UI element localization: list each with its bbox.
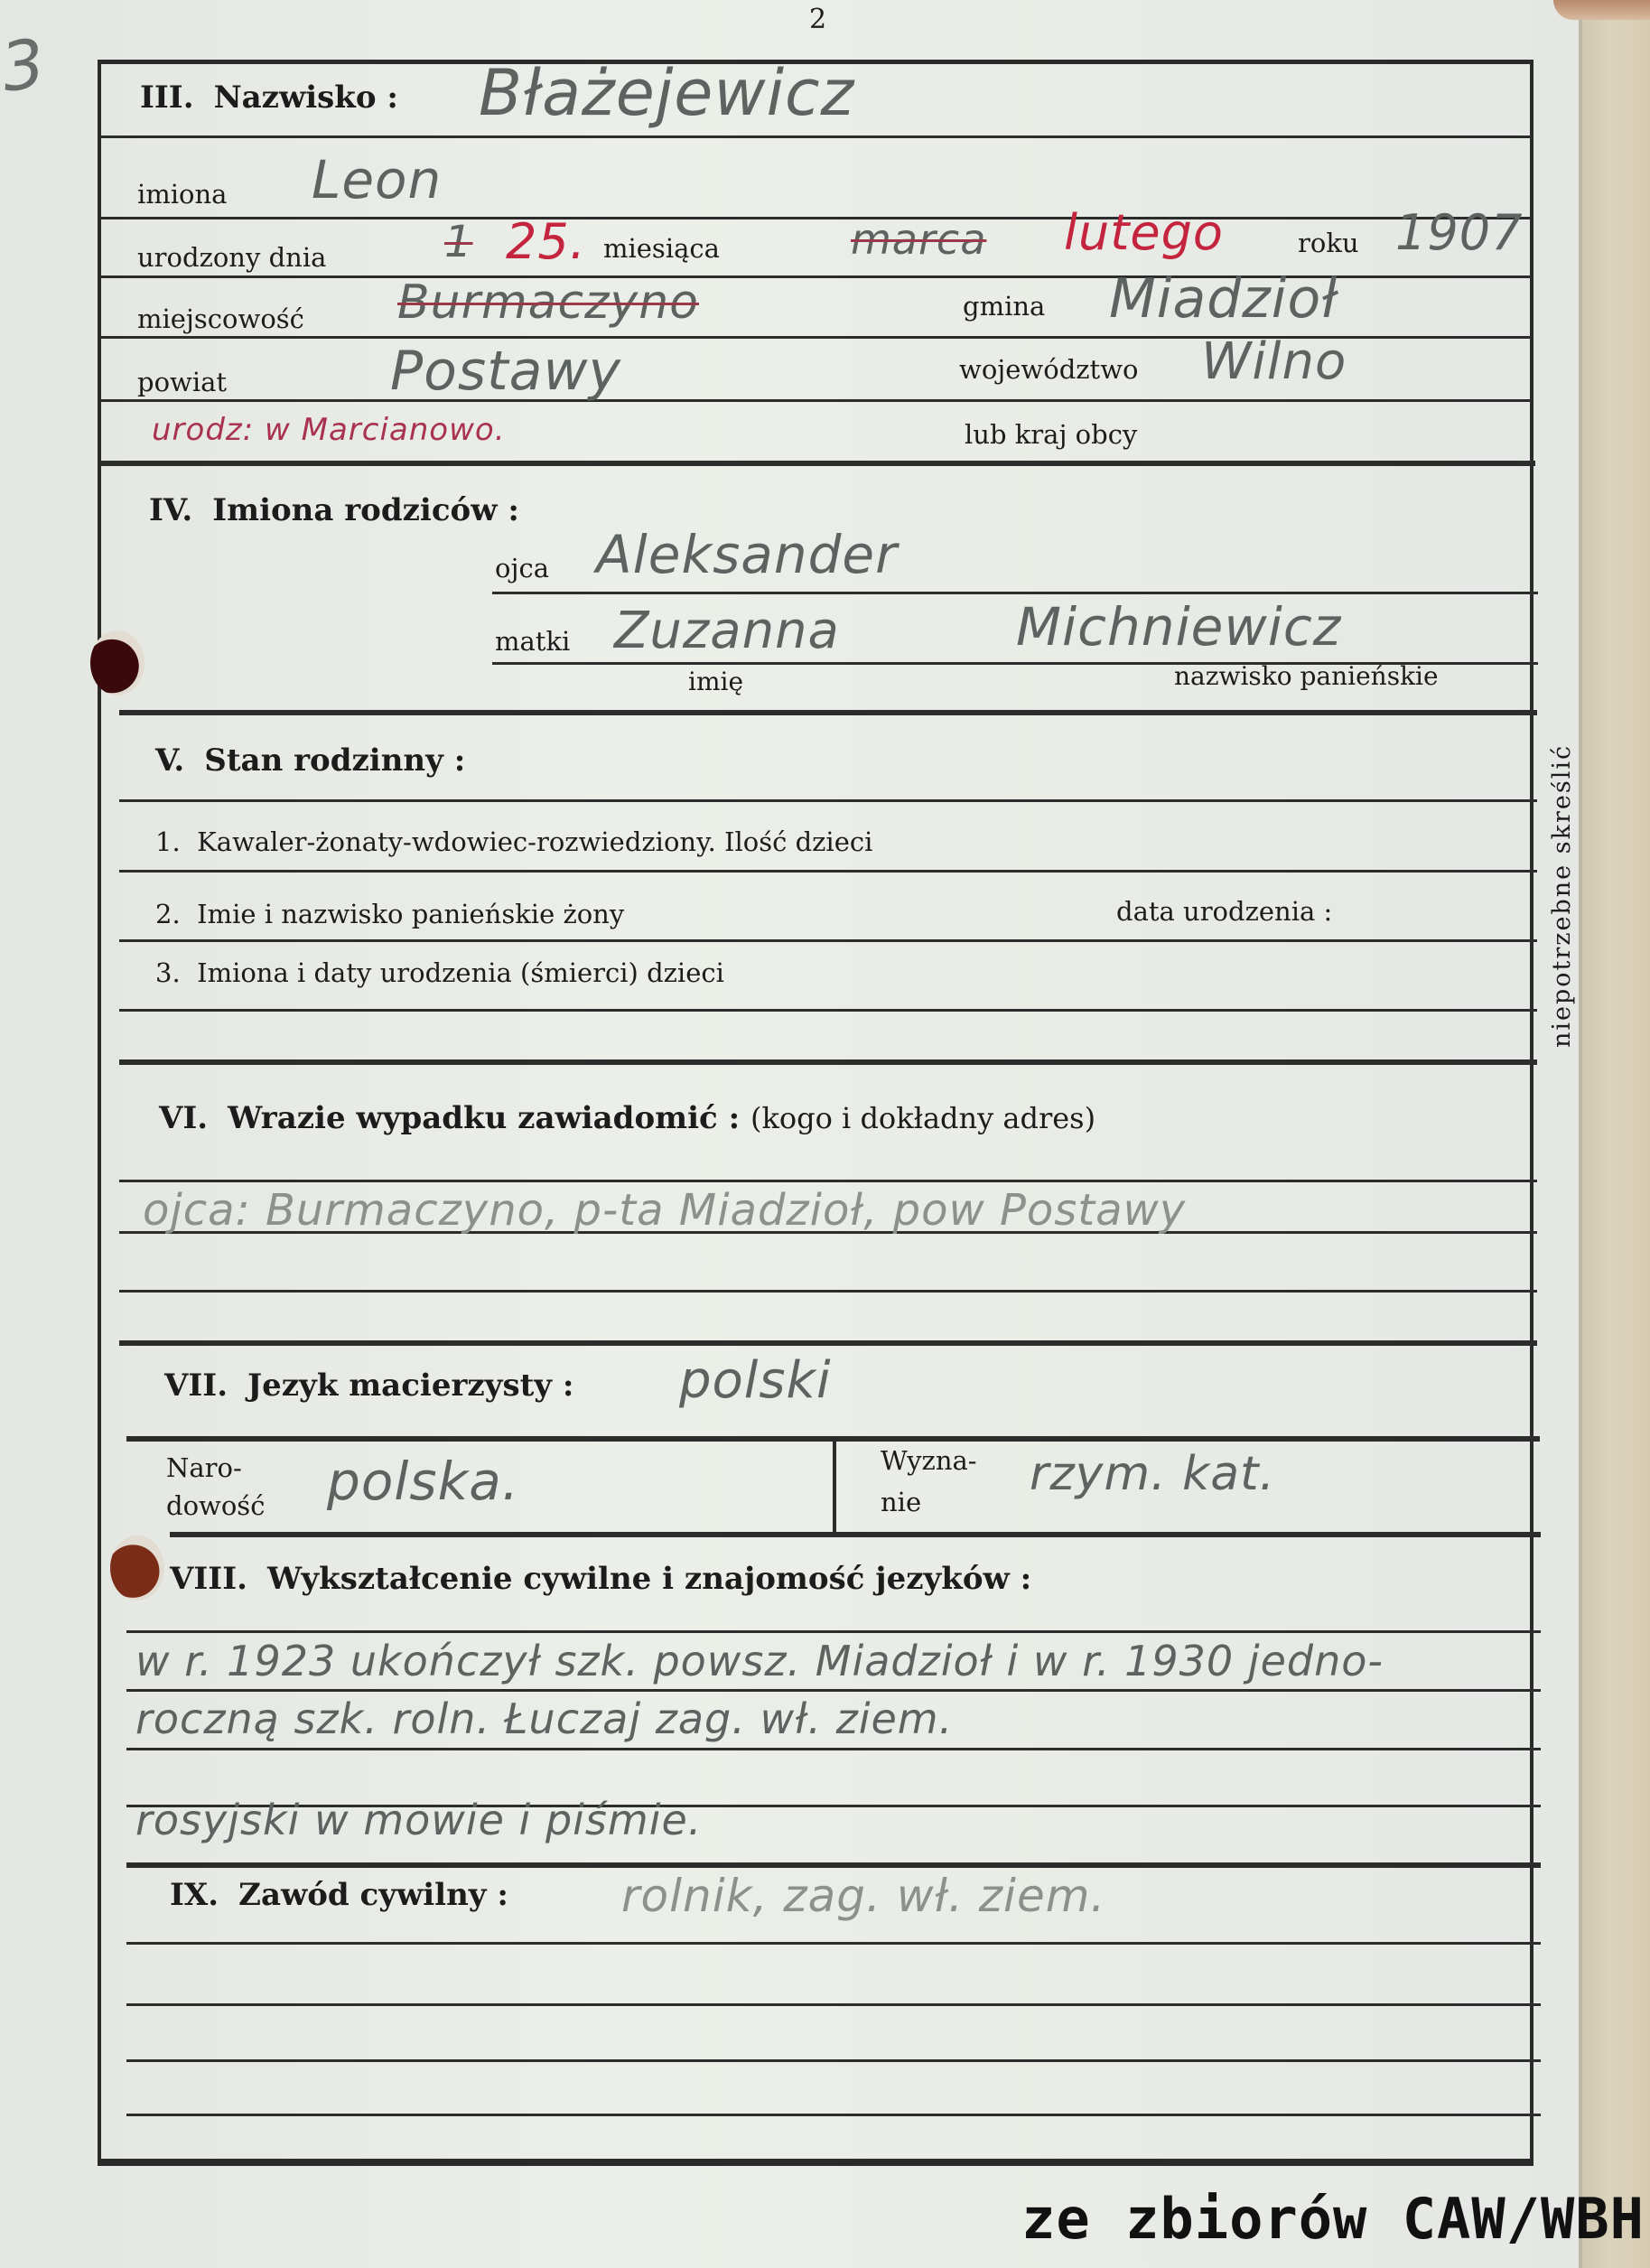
section-title: Stan rodzinny : — [204, 742, 465, 779]
rule — [492, 592, 1538, 594]
commune-value[interactable]: Miadzioł — [1109, 267, 1338, 331]
birth-month-struck: marca — [851, 215, 986, 264]
rule — [119, 799, 1537, 802]
section-numeral: VII. — [164, 1367, 228, 1404]
rule — [101, 135, 1532, 138]
section-numeral: VIII. — [170, 1561, 247, 1597]
section-numeral: V. — [155, 742, 184, 779]
section-title: Imiona rodziców : — [212, 492, 519, 528]
languages-line[interactable]: rosyjski w mowie i piśmie. — [135, 1796, 702, 1844]
section-title: Wrazie wypadku zawiadomić : — [228, 1100, 740, 1136]
item-number: 3. — [155, 957, 181, 988]
religion-value[interactable]: rzym. kat. — [1030, 1447, 1275, 1501]
first-names-label: imiona — [137, 179, 227, 210]
rule — [119, 939, 1537, 942]
column-divider — [833, 1438, 836, 1533]
punch-hole — [90, 630, 144, 695]
father-label: ojca — [495, 553, 549, 583]
marital-status-item: 1. Kawaler-żonaty-wdowiec-rozwiedziony. … — [155, 826, 872, 857]
section-divider — [119, 710, 1537, 715]
page-binding-edge — [1579, 0, 1582, 2268]
birth-day-label: urodzony dnia — [137, 242, 326, 273]
section-numeral: III. — [140, 79, 194, 116]
education-line[interactable]: w r. 1923 ukończył szk. powsz. Miadzioł … — [135, 1637, 1384, 1685]
district-value[interactable]: Postawy — [390, 340, 621, 403]
section-8-heading: VIII.Wykształcenie cywilne i znajomość j… — [170, 1561, 1031, 1597]
section-divider — [119, 1059, 1537, 1065]
rule — [126, 1630, 1541, 1633]
section-title: Wykształcenie cywilne i znajomość jezykó… — [267, 1561, 1031, 1597]
religion-label-line1: Wyzna- — [881, 1445, 977, 1476]
section-divider — [126, 1862, 1541, 1868]
rule — [126, 2114, 1541, 2116]
place-label: miejscowość — [137, 303, 304, 334]
mother-maiden-name-value[interactable]: Michniewicz — [1016, 596, 1341, 658]
section-title: Zawód cywilny : — [238, 1877, 508, 1913]
section-3-heading: III.Nazwisko : — [140, 79, 398, 116]
section-title: Jezyk macierzysty : — [247, 1367, 573, 1404]
birth-day-value[interactable]: 25. — [506, 213, 586, 270]
district-label: powiat — [137, 367, 227, 397]
rule — [126, 1748, 1541, 1750]
section-9-heading: IX.Zawód cywilny : — [170, 1877, 508, 1913]
item-number: 1. — [155, 826, 181, 857]
birth-month-value[interactable]: lutego — [1064, 204, 1224, 261]
voivodeship-label: województwo — [959, 354, 1139, 385]
commune-label: gmina — [963, 291, 1045, 322]
first-name-caption: imię — [688, 667, 743, 696]
section-numeral: IV. — [149, 492, 192, 528]
rule — [119, 1009, 1537, 1012]
religion-label-line2: nie — [881, 1487, 921, 1517]
section-divider — [170, 1532, 1541, 1537]
section-divider — [101, 461, 1535, 466]
item-number: 2. — [155, 899, 181, 929]
page-number: 2 — [809, 4, 826, 35]
section-7-heading: VII.Jezyk macierzysty : — [164, 1367, 573, 1404]
month-label: miesiąca — [603, 233, 720, 264]
punch-hole — [110, 1535, 164, 1601]
rule — [126, 1689, 1541, 1692]
place-struck: Burmaczyno — [397, 275, 699, 330]
birth-day-struck: 1 — [444, 217, 473, 267]
rule — [126, 2003, 1541, 2006]
voivodeship-value[interactable]: Wilno — [1201, 332, 1347, 391]
section-4-heading: IV.Imiona rodziców : — [149, 492, 519, 528]
nationality-value[interactable]: polska. — [327, 1451, 519, 1512]
item-text: Imie i nazwisko panieńskie żony — [197, 899, 624, 929]
birthplace-note: urodz: w Marcianowo. — [152, 412, 506, 448]
rule — [126, 2059, 1541, 2062]
archive-watermark: ze zbiorów CAW/WBH — [1021, 2186, 1645, 2252]
mother-tongue-value[interactable]: polski — [679, 1351, 832, 1410]
section-numeral: VI. — [159, 1100, 208, 1136]
strike-unneeded-note: niepotrzebne skreślić — [1548, 744, 1576, 1048]
next-page-edge — [1582, 0, 1650, 2268]
item-text: Imiona i daty urodzenia (śmierci) dzieci — [197, 957, 724, 988]
rule — [119, 1180, 1537, 1182]
section-title: Nazwisko : — [214, 79, 398, 116]
children-item: 3. Imiona i daty urodzenia (śmierci) dzi… — [155, 957, 724, 988]
first-names-value[interactable]: Leon — [312, 149, 442, 210]
section-divider — [119, 1340, 1537, 1346]
mother-label: matki — [495, 626, 570, 657]
rule — [101, 217, 1532, 219]
section-numeral: IX. — [170, 1877, 219, 1913]
emergency-contact-value[interactable]: ojca: Burmaczyno, p-ta Miadzioł, pow Pos… — [143, 1185, 1186, 1236]
finger-holding-page — [1553, 0, 1650, 20]
section-5-heading: V.Stan rodzinny : — [155, 742, 465, 779]
rule — [119, 1290, 1537, 1293]
nationality-label-line2: dowość — [166, 1490, 265, 1521]
rule — [101, 399, 1532, 402]
section-6-heading: VI.Wrazie wypadku zawiadomić : (kogo i d… — [159, 1100, 1095, 1136]
rule — [119, 870, 1537, 873]
mother-first-name-value[interactable]: Zuzanna — [614, 602, 840, 660]
foreign-country-label: lub kraj obcy — [965, 419, 1137, 450]
birth-year-value[interactable]: 1907 — [1395, 204, 1523, 261]
nationality-label-line1: Naro- — [166, 1452, 242, 1483]
surname-value[interactable]: Błażejewicz — [479, 56, 854, 130]
year-label: roku — [1298, 228, 1359, 258]
occupation-value[interactable]: rolnik, zag. wł. ziem. — [621, 1870, 1105, 1922]
father-name-value[interactable]: Aleksander — [596, 524, 898, 585]
rule — [126, 1942, 1541, 1945]
wife-name-item: 2. Imie i nazwisko panieńskie żony — [155, 899, 624, 929]
section-subtitle: (kogo i dokładny adres) — [750, 1101, 1095, 1135]
wife-birth-date-label: data urodzenia : — [1116, 896, 1332, 927]
maiden-name-caption: nazwisko panieńskie — [1174, 661, 1439, 691]
item-text: Kawaler-żonaty-wdowiec-rozwiedziony. Ilo… — [197, 826, 872, 857]
education-line[interactable]: roczną szk. roln. Łuczaj zag. wł. ziem. — [135, 1694, 953, 1743]
